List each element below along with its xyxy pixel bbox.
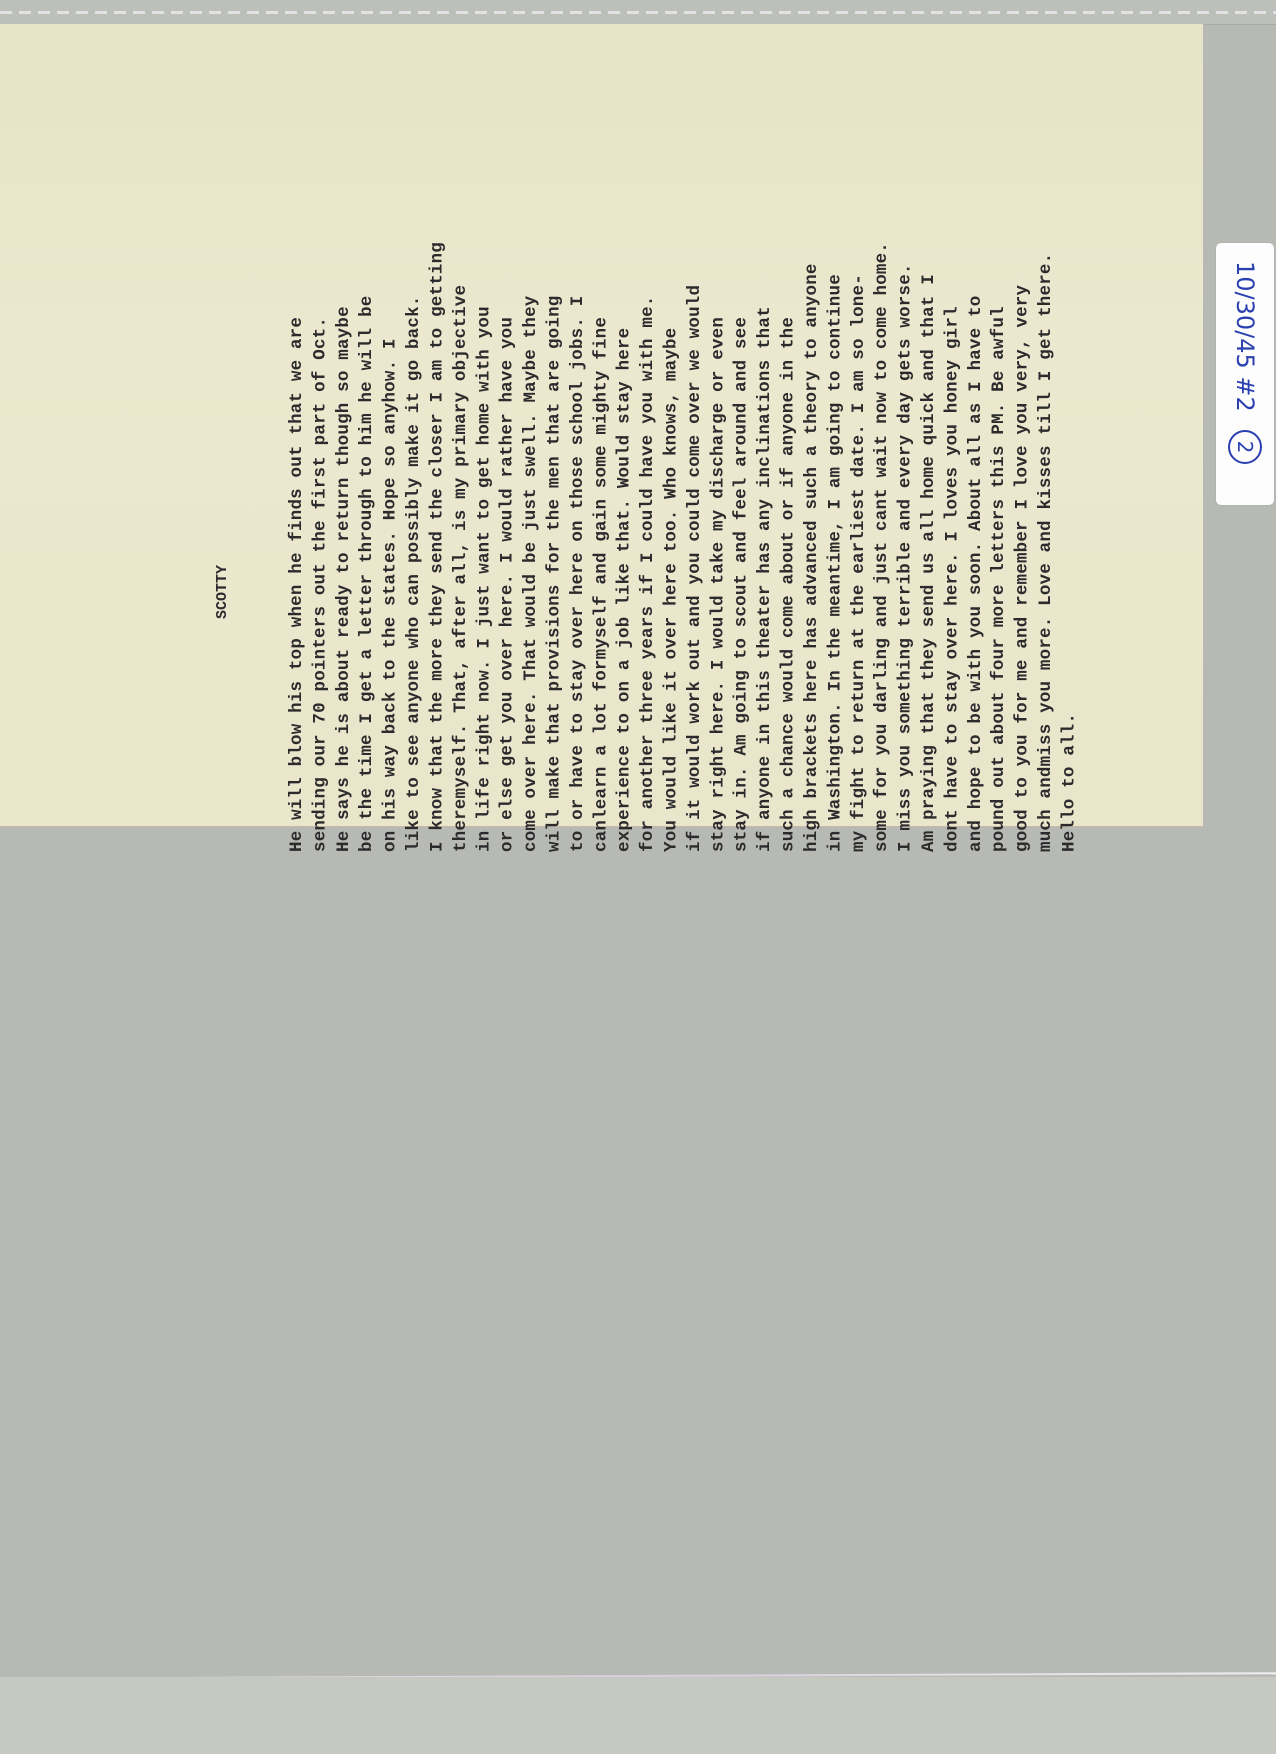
letter-line: pound out about four more letters this P… [988,132,1011,852]
letter-line: if anyone in this theater has any inclin… [754,132,777,852]
letter-line: stay in. Am going to scout and feel arou… [731,132,754,852]
letter-line: good to you for me and remember I love y… [1012,132,1035,852]
archive-tag-label: 10/30/45 #2 [1231,261,1259,412]
letter-line: in Washington. In the meantime, I am goi… [824,132,847,852]
letter-line: some for you darling and just cant wait … [871,132,894,852]
letter-line: canlearn a lot formyself and gain some m… [590,132,613,852]
archive-tag: 10/30/45 #2 2 [1216,243,1274,505]
archive-tag-text: 10/30/45 #2 2 [1226,261,1264,481]
archive-tag-page-number: 2 [1228,430,1262,464]
letter-line: high brackets here has advanced such a t… [801,132,824,852]
letter-line: dont have to stay over here. I loves you… [941,132,964,852]
letter-line: You would like it over here too. Who kno… [661,132,684,852]
letter-line: be the time I get a letter through to hi… [356,132,379,852]
letter-line: on his way back to the states. Hope so a… [380,132,403,852]
letter-line: experience to on a job like that. Would … [614,132,637,852]
letter-line: sending our 70 pointers out the first pa… [309,132,332,852]
letter-line: He says he is about ready to return thou… [333,132,356,852]
letter-line: Am praying that they send us all home qu… [918,132,941,852]
letter-line: come over here. That would be just swell… [520,132,543,852]
letter-line: or else get you over here. I would rathe… [497,132,520,852]
letter-line: I miss you something terrible and every … [895,132,918,852]
letter-line: for another three years if I could have … [637,132,660,852]
letter-line: will make that provisions for the men th… [543,132,566,852]
letter-page: He will blow his top when he finds out t… [0,24,1203,826]
sleeve-perforation [0,11,1276,14]
letter-line: stay right here. I would take my dischar… [707,132,730,852]
letter-line: like to see anyone who can possibly make… [403,132,426,852]
letter-text-block: He will blow his top when he finds out t… [286,132,1130,852]
letter-line: such a chance would come about or if any… [778,132,801,852]
signature: SCOTTY [214,552,242,632]
letter-line: and hope to be with you soon. About all … [965,132,988,852]
scanner-sleeve-bottom [0,1677,1276,1754]
letter-line: He will blow his top when he finds out t… [286,132,309,852]
letter-body: He will blow his top when he finds out t… [286,132,1130,852]
letter-line: if it would work out and you could come … [684,132,707,852]
letter-line: in life right now. I just want to get ho… [473,132,496,852]
letter-line: I know that the more they send the close… [426,132,449,852]
letter-line: Hello to all. [1058,132,1081,852]
scanner-sleeve-top [0,0,1276,25]
letter-line: to or have to stay over here on those sc… [567,132,590,852]
letter-line: much andmiss you more. Love and kisses t… [1035,132,1058,852]
letter-line: my fight to return at the earliest date.… [848,132,871,852]
letter-line: theremyself. That, after all, is my prim… [450,132,473,852]
